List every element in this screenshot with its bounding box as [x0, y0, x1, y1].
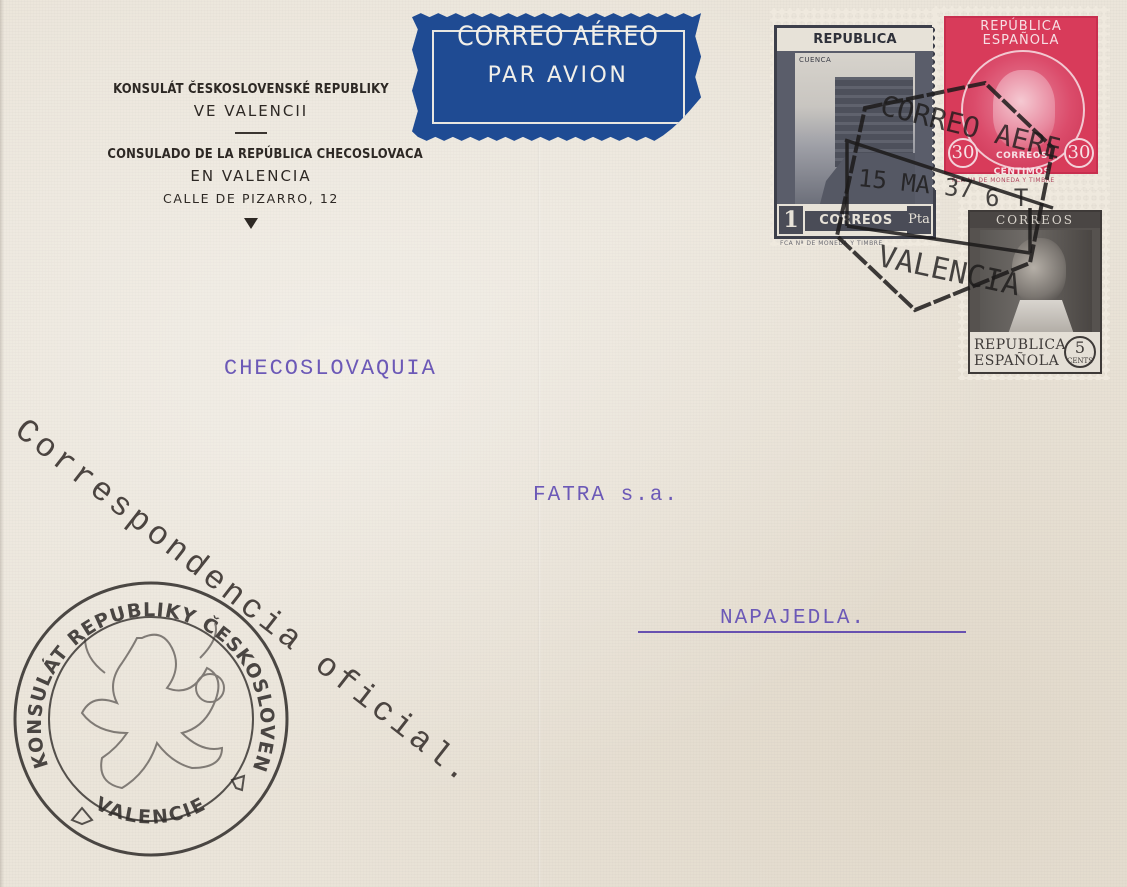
- letterhead-czech-title: KONSULÁT ČESKOSLOVENSKÉ REPUBLIKY: [107, 80, 394, 99]
- stamp-design: REPÚBLICA ESPAÑOLA 30 CORREOS CENTIMOS 3…: [944, 16, 1098, 174]
- portrait-image: [980, 230, 1092, 334]
- consulate-letterhead: KONSULÁT ČESKOSLOVENSKÉ REPUBLIKY VE VAL…: [84, 80, 418, 229]
- portrait-icon: [1012, 238, 1066, 304]
- stamp-imprint: FCA Nª DE MONEDA Y TIMBRE: [952, 177, 1055, 184]
- stamp-design: REPUBLICA ESPAÑOLA CUENCA 1 CORREOS Pta: [774, 25, 936, 239]
- stamp-imprint: FCA Nª DE MONEDA Y TIMBRE: [780, 240, 883, 247]
- stamp-label: CORREOS: [805, 211, 907, 231]
- svg-text:KONSULÁT REPUBLIKY ČESKOSLOVEN: KONSULÁT REPUBLIKY ČESKOSLOVENSKÉ: [10, 578, 278, 775]
- stamp-label: CORREOS: [970, 212, 1100, 228]
- letterhead-spanish-title: CONSULADO DE LA REPÚBLICA CHECOSLOVACA: [107, 145, 394, 164]
- stamp-country-line1: REPUBLICA: [974, 337, 1066, 353]
- svg-text:VALENCIE: VALENCIE: [92, 793, 211, 829]
- city-underline: [638, 631, 966, 633]
- airmail-label-spanish: CORREO AÉREO: [430, 21, 687, 52]
- stamp-country: REPUBLICA ESPAÑOLA: [974, 337, 1066, 369]
- cuenca-hanging-houses-image: CUENCA: [795, 53, 915, 207]
- stamp-1-peseta-cuenca: REPUBLICA ESPAÑOLA CUENCA 1 CORREOS Pta …: [770, 8, 940, 246]
- letterhead-divider: [235, 132, 267, 134]
- destination-country: CHECOSLOVAQUIA: [224, 356, 437, 381]
- letterhead-czech-city: VE VALENCII: [84, 99, 418, 123]
- stamp-value-right: 30: [1064, 138, 1094, 168]
- stamp-unit: Pta: [907, 206, 931, 234]
- lion-icon: [82, 623, 224, 788]
- destination-city: NAPAJEDLA.: [720, 607, 866, 630]
- stamp-country-line2: ESPAÑOLA: [974, 353, 1066, 369]
- stamp-label: CORREOS CENTIMOS: [984, 148, 1060, 164]
- stamp-value: 5 CENTS: [1064, 336, 1096, 368]
- stamp-design: CORREOS REPUBLICA ESPAÑOLA 5 CENTS: [968, 210, 1102, 374]
- stamp-value-bar: 1 CORREOS Pta: [777, 204, 933, 236]
- stamp-value: 1: [779, 206, 803, 234]
- airmail-label: CORREO AÉREO PAR AVION: [412, 9, 704, 145]
- consulate-seal: KONSULÁT REPUBLIKY ČESKOSLOVENSKÉ VALENC…: [10, 578, 292, 860]
- envelope-edge: [0, 0, 4, 887]
- stamp-country-line1: REPÚBLICA: [946, 20, 1096, 34]
- stamp-country: REPÚBLICA ESPAÑOLA: [946, 20, 1096, 48]
- stamp-country-bar: REPUBLICA ESPAÑOLA 5 CENTS: [970, 332, 1100, 372]
- letterhead-address: CALLE DE PIZARRO, 12: [84, 188, 418, 210]
- fold-crease: [538, 140, 541, 887]
- collar-icon: [1006, 300, 1076, 334]
- recipient-company: FATRA s.a.: [533, 484, 679, 507]
- stamp-5-cents: CORREOS REPUBLICA ESPAÑOLA 5 CENTS: [958, 190, 1110, 380]
- stamp-30-centimos: REPÚBLICA ESPAÑOLA 30 CORREOS CENTIMOS 3…: [932, 6, 1110, 190]
- cliff-icon: [815, 153, 915, 207]
- airmail-label-french: PAR AVION: [412, 63, 704, 88]
- stamp-value-left: 30: [948, 138, 978, 168]
- envelope: KONSULÁT ČESKOSLOVENSKÉ REPUBLIKY VE VAL…: [0, 0, 1127, 887]
- triangle-down-icon: [244, 218, 258, 229]
- stamp-value-number: 5: [1075, 338, 1085, 357]
- stamp-value-unit: CENTS: [1066, 357, 1094, 365]
- stamp-country: REPUBLICA ESPAÑOLA: [777, 28, 933, 51]
- letterhead-spanish-city: EN VALENCIA: [84, 164, 418, 188]
- stamp-caption: CUENCA: [799, 56, 831, 64]
- portrait-icon: [993, 70, 1055, 148]
- stamp-country-line2: ESPAÑOLA: [946, 34, 1096, 48]
